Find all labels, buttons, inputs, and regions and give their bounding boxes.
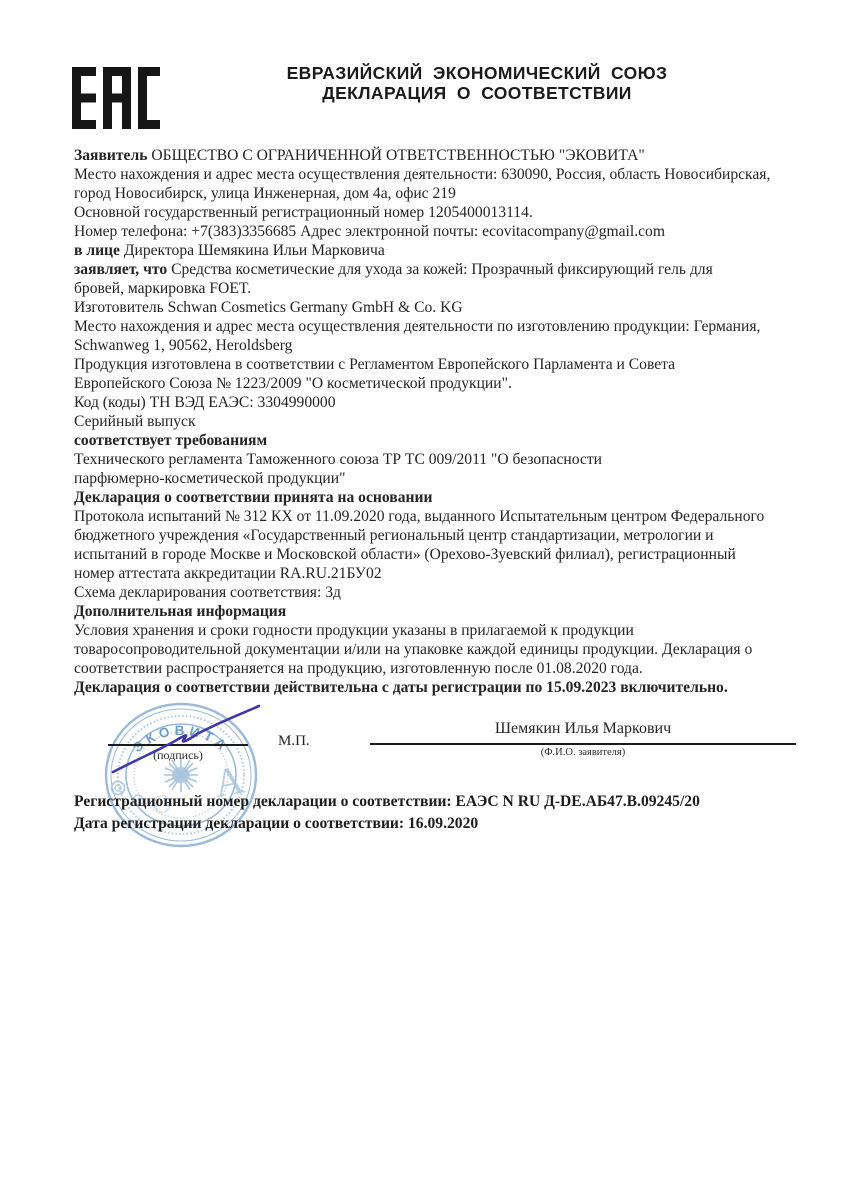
- document-line: Серийный выпуск: [74, 412, 790, 431]
- document-line: товаросопроводительной документации и/ил…: [74, 640, 790, 659]
- document-line: парфюмерно-косметической продукции": [74, 469, 790, 488]
- document-line: Дата регистрации декларации о соответств…: [74, 813, 814, 835]
- document-line: Регистрационный номер декларации о соотв…: [74, 791, 814, 813]
- document-line: испытаний в городе Москве и Московской о…: [74, 545, 790, 564]
- document-line: Schwanweg 1, 90562, Heroldsberg: [74, 336, 790, 355]
- document-body: Заявитель ОБЩЕСТВО С ОГРАНИЧЕННОЙ ОТВЕТС…: [74, 146, 790, 697]
- document-line: Условия хранения и сроки годности продук…: [74, 621, 790, 640]
- document-line: Место нахождения и адрес места осуществл…: [74, 165, 790, 184]
- document-line: Код (коды) ТН ВЭД ЕАЭС: 3304990000: [74, 393, 790, 412]
- document-line: Протокола испытаний № 312 КХ от 11.09.20…: [74, 507, 790, 526]
- document-line: Заявитель ОБЩЕСТВО С ОГРАНИЧЕННОЙ ОТВЕТС…: [74, 146, 790, 165]
- signer-name-line: [370, 743, 796, 745]
- header-union-title: ЕВРАЗИЙСКИЙ ЭКОНОМИЧЕСКИЙ СОЮЗ: [227, 63, 727, 83]
- document-line: Схема декларирования соответствия: 3д: [74, 583, 790, 602]
- document-line: Место нахождения и адрес места осуществл…: [74, 317, 790, 336]
- stamp-place-label: М.П.: [278, 733, 310, 750]
- document-line: соответствует требованиям: [74, 431, 790, 450]
- header-declaration-title: ДЕКЛАРАЦИЯ О СООТВЕТСТВИИ: [227, 83, 727, 103]
- registration-footer: Регистрационный номер декларации о соотв…: [74, 791, 814, 834]
- document-line: номер аттестата аккредитации RA.RU.21БУ0…: [74, 564, 790, 583]
- document-line: соответствии распространяется на продукц…: [74, 659, 790, 678]
- document-line: Декларация о соответствии действительна …: [74, 678, 790, 697]
- document-line: Декларация о соответствии принята на осн…: [74, 488, 790, 507]
- document-line: Номер телефона: +7(383)3356685 Адрес эле…: [74, 222, 790, 241]
- document-line: заявляет, что Средства косметические для…: [74, 260, 790, 279]
- document-line: в лице Директора Шемякина Ильи Марковича: [74, 241, 790, 260]
- document-line: Продукция изготовлена в соответствии с Р…: [74, 355, 790, 374]
- document-line: Технического регламента Таможенного союз…: [74, 450, 790, 469]
- signature-caption: (подпись): [108, 748, 248, 763]
- document-line: Европейского Союза № 1223/2009 "О космет…: [74, 374, 790, 393]
- document-line: город Новосибирск, улица Инженерная, дом…: [74, 184, 790, 203]
- declaration-document-page: ЕВРАЗИЙСКИЙ ЭКОНОМИЧЕСКИЙ СОЮЗ ДЕКЛАРАЦИ…: [0, 0, 848, 1200]
- eac-logo-icon: [72, 67, 160, 129]
- signature-line: [108, 744, 248, 746]
- document-header: ЕВРАЗИЙСКИЙ ЭКОНОМИЧЕСКИЙ СОЮЗ ДЕКЛАРАЦИ…: [227, 63, 727, 103]
- document-line: Дополнительная информация: [74, 602, 790, 621]
- signer-caption: (Ф.И.О. заявителя): [370, 747, 796, 758]
- document-line: бровей, маркировка FOET.: [74, 279, 790, 298]
- document-line: Изготовитель Schwan Cosmetics Germany Gm…: [74, 298, 790, 317]
- signer-name: Шемякин Илья Маркович: [370, 720, 796, 738]
- document-line: Основной государственный регистрационный…: [74, 203, 790, 222]
- document-line: бюджетного учреждения «Государственный р…: [74, 526, 790, 545]
